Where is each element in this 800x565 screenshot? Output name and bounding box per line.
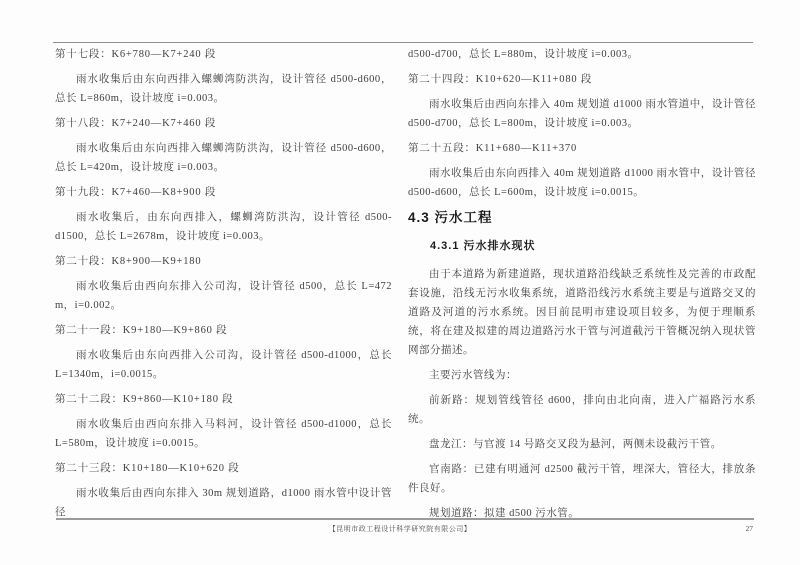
- footer-rule: [56, 518, 754, 520]
- body-paragraph: 盘龙江：与官渡 14 号路交叉段为悬河，两侧未设截污干管。: [408, 435, 756, 454]
- body-paragraph: 前新路：规划管线管径 d600，排向由北向南，进入广福路污水系统。: [408, 391, 756, 429]
- segment-paragraph: 雨水收集后由西向东排入公司沟，设计管径 d500，总长 L=472 m，i=0.…: [55, 277, 392, 315]
- segment-heading-18: 第十八段：K7+240—K7+460 段: [55, 114, 392, 133]
- segment-heading-17: 第十七段：K6+780—K7+240 段: [55, 45, 392, 64]
- segment-heading-19: 第十九段：K7+460—K8+900 段: [55, 183, 392, 202]
- segment-paragraph: 雨水收集后，由东向西排入，螺蛳湾防洪沟，设计管径 d500-d1500，总长 L…: [55, 208, 392, 246]
- body-paragraph: 主要污水管线为：: [408, 366, 756, 385]
- left-column: 第十七段：K6+780—K7+240 段 雨水收集后由东向西排入螺蛳湾防洪沟，设…: [55, 45, 392, 528]
- footer-company-name: 【昆明市政工程设计科学研究院有限公司】: [0, 524, 800, 534]
- segment-heading-21: 第二十一段：K9+180—K9+860 段: [55, 321, 392, 340]
- header-rule: [53, 42, 753, 43]
- segment-paragraph: 雨水收集后由东向西排入螺蛳湾防洪沟，设计管径 d500-d600，总长 L=42…: [55, 139, 392, 177]
- body-paragraph: 官南路：已建有明通河 d2500 截污干管，埋深大，管径大，排放条件良好。: [408, 460, 756, 498]
- subsection-heading-4-3-1: 4.3.1 污水排水现状: [408, 237, 756, 256]
- segment-paragraph: 雨水收集后由西向东排入 30m 规划道路，d1000 雨水管中设计管径: [55, 484, 392, 522]
- body-paragraph: 规划道路：拟建 d500 污水管。: [408, 504, 756, 523]
- segment-paragraph: 雨水收集后由东向西排入 40m 规划道路 d1000 雨水管中，设计管径 d50…: [408, 164, 756, 202]
- segment-paragraph: 雨水收集后由西向东排入马料河，设计管径 d500-d1000，总长 L=580m…: [55, 415, 392, 453]
- segment-heading-25: 第二十五段：K11+680—K11+370: [408, 139, 756, 158]
- segment-paragraph: 雨水收集后由东向西排入螺蛳湾防洪沟，设计管径 d500-d600，总长 L=86…: [55, 70, 392, 108]
- section-heading-4-3: 4.3 污水工程: [408, 208, 756, 227]
- segment-paragraph: 雨水收集后由东向西排入公司沟，设计管径 d500-d1000，总长 L=1340…: [55, 346, 392, 384]
- right-column: d500-d700，总长 L=880m，设计坡度 i=0.003。 第二十四段：…: [408, 45, 756, 529]
- continued-paragraph: d500-d700，总长 L=880m，设计坡度 i=0.003。: [408, 45, 756, 64]
- document-page: 第十七段：K6+780—K7+240 段 雨水收集后由东向西排入螺蛳湾防洪沟，设…: [0, 0, 800, 565]
- segment-heading-24: 第二十四段：K10+620—K11+080 段: [408, 70, 756, 89]
- segment-heading-20: 第二十段：K8+900—K9+180: [55, 252, 392, 271]
- segment-paragraph: 雨水收集后由西向东排入 40m 规划道 d1000 雨水管道中，设计管径 d50…: [408, 95, 756, 133]
- segment-heading-22: 第二十二段：K9+860—K10+180 段: [55, 390, 392, 409]
- body-paragraph: 由于本道路为新建道路，现状道路沿线缺乏系统性及完善的市政配套设施，沿线无污水收集…: [408, 265, 756, 360]
- page-number: 27: [746, 524, 754, 533]
- segment-heading-23: 第二十三段：K10+180—K10+620 段: [55, 459, 392, 478]
